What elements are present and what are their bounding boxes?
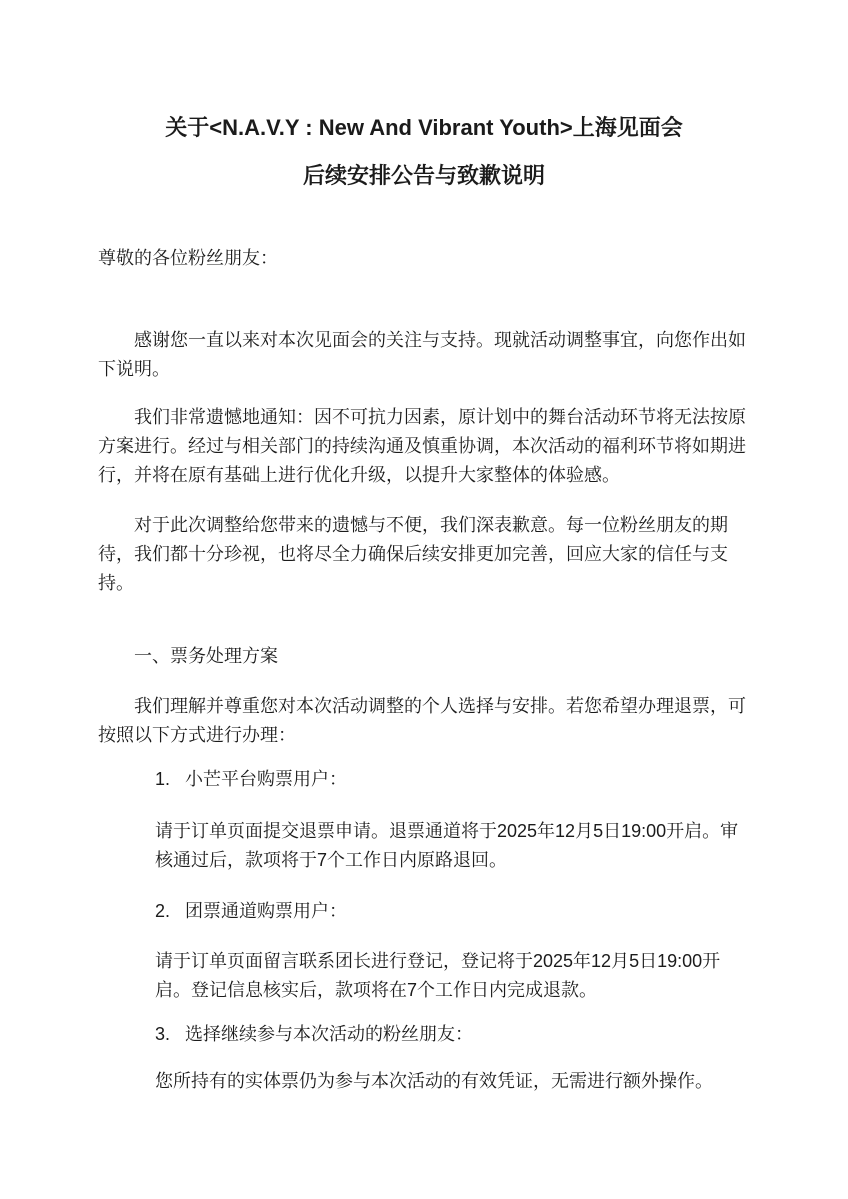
list-item-2-number: 2.: [155, 897, 185, 926]
announcement-document-page: 关于<N.A.V.Y : New And Vibrant Youth>上海见面会…: [0, 0, 848, 1199]
text-run: 日: [639, 951, 657, 971]
text-run: 7: [317, 850, 327, 870]
list-item-2-label: 团票通道购票用户：: [185, 897, 347, 926]
title-line-2: 后续安排公告与致歉说明: [0, 161, 848, 191]
section1-heading: 一、票务处理方案: [98, 642, 750, 671]
list-item-1-label: 小芒平台购票用户：: [185, 765, 347, 794]
text-run: 12: [555, 821, 575, 841]
list-item-1: 1. 小芒平台购票用户：: [155, 765, 750, 794]
list-item-3-label: 选择继续参与本次活动的粉丝朋友：: [185, 1020, 473, 1049]
paragraph-notice: 我们非常遗憾地通知：因不可抗力因素，原计划中的舞台活动环节将无法按原方案进行。经…: [98, 403, 750, 490]
document-title: 关于<N.A.V.Y : New And Vibrant Youth>上海见面会…: [0, 0, 848, 191]
text-run: 2025: [533, 951, 573, 971]
text-run: 5: [629, 951, 639, 971]
text-run: 月: [611, 951, 629, 971]
text-run: 日: [603, 821, 621, 841]
list-item-3: 3. 选择继续参与本次活动的粉丝朋友：: [155, 1020, 750, 1049]
text-run: 5: [593, 821, 603, 841]
section1-intro: 我们理解并尊重您对本次活动调整的个人选择与安排。若您希望办理退票，可按照以下方式…: [98, 692, 750, 750]
list-item-1-description: 请于订单页面提交退票申请。退票通道将于2025年12月5日19:00开启。审核通…: [155, 817, 750, 875]
text-run: 您所持有的实体票仍为参与本次活动的有效凭证，无需进行额外操作。: [155, 1071, 713, 1091]
text-run: 月: [575, 821, 593, 841]
list-item-2: 2. 团票通道购票用户：: [155, 897, 750, 926]
document-body: 尊敬的各位粉丝朋友： 感谢您一直以来对本次见面会的关注与支持。现就活动调整事宜，…: [98, 244, 750, 1096]
text-run: 请于订单页面提交退票申请。退票通道将于: [155, 821, 497, 841]
text-run: 7: [407, 980, 417, 1000]
list-item-3-number: 3.: [155, 1020, 185, 1049]
text-run: 年: [573, 951, 591, 971]
text-run: 19:00: [621, 821, 666, 841]
salutation: 尊敬的各位粉丝朋友：: [98, 244, 750, 273]
text-run: 2025: [497, 821, 537, 841]
title-line-1: 关于<N.A.V.Y : New And Vibrant Youth>上海见面会: [0, 113, 848, 143]
text-run: 请于订单页面留言联系团长进行登记，登记将于: [155, 951, 533, 971]
text-run: 年: [537, 821, 555, 841]
text-run: 19:00: [657, 951, 702, 971]
list-item-2-description: 请于订单页面留言联系团长进行登记，登记将于2025年12月5日19:00开启。登…: [155, 947, 750, 1005]
list-item-1-number: 1.: [155, 765, 185, 794]
paragraph-apology: 对于此次调整给您带来的遗憾与不便，我们深表歉意。每一位粉丝朋友的期待，我们都十分…: [98, 511, 750, 598]
text-run: 个工作日内完成退款。: [417, 980, 597, 1000]
paragraph-intro: 感谢您一直以来对本次见面会的关注与支持。现就活动调整事宜，向您作出如下说明。: [98, 326, 750, 384]
text-run: 个工作日内原路退回。: [327, 850, 507, 870]
text-run: 12: [591, 951, 611, 971]
list-item-3-description: 您所持有的实体票仍为参与本次活动的有效凭证，无需进行额外操作。: [155, 1067, 750, 1096]
